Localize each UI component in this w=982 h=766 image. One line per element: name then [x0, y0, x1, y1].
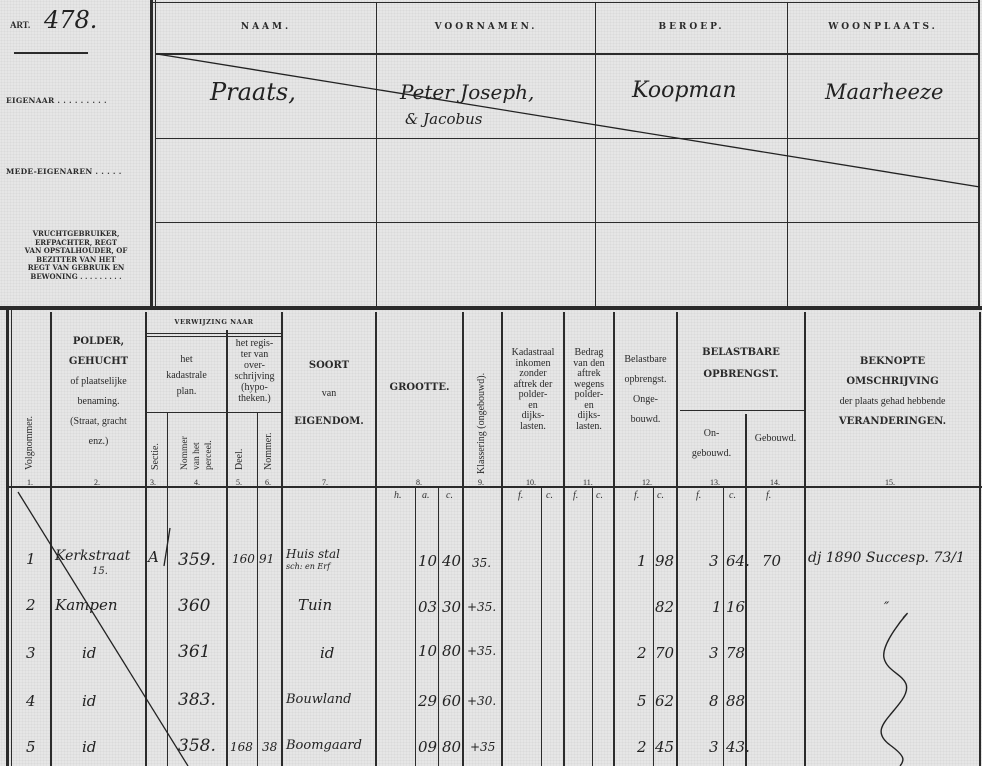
- table-strike-line: [0, 0, 982, 766]
- cadastral-register-page: ART. 478. EIGENAAR . . . . . . . . . MED…: [0, 0, 982, 766]
